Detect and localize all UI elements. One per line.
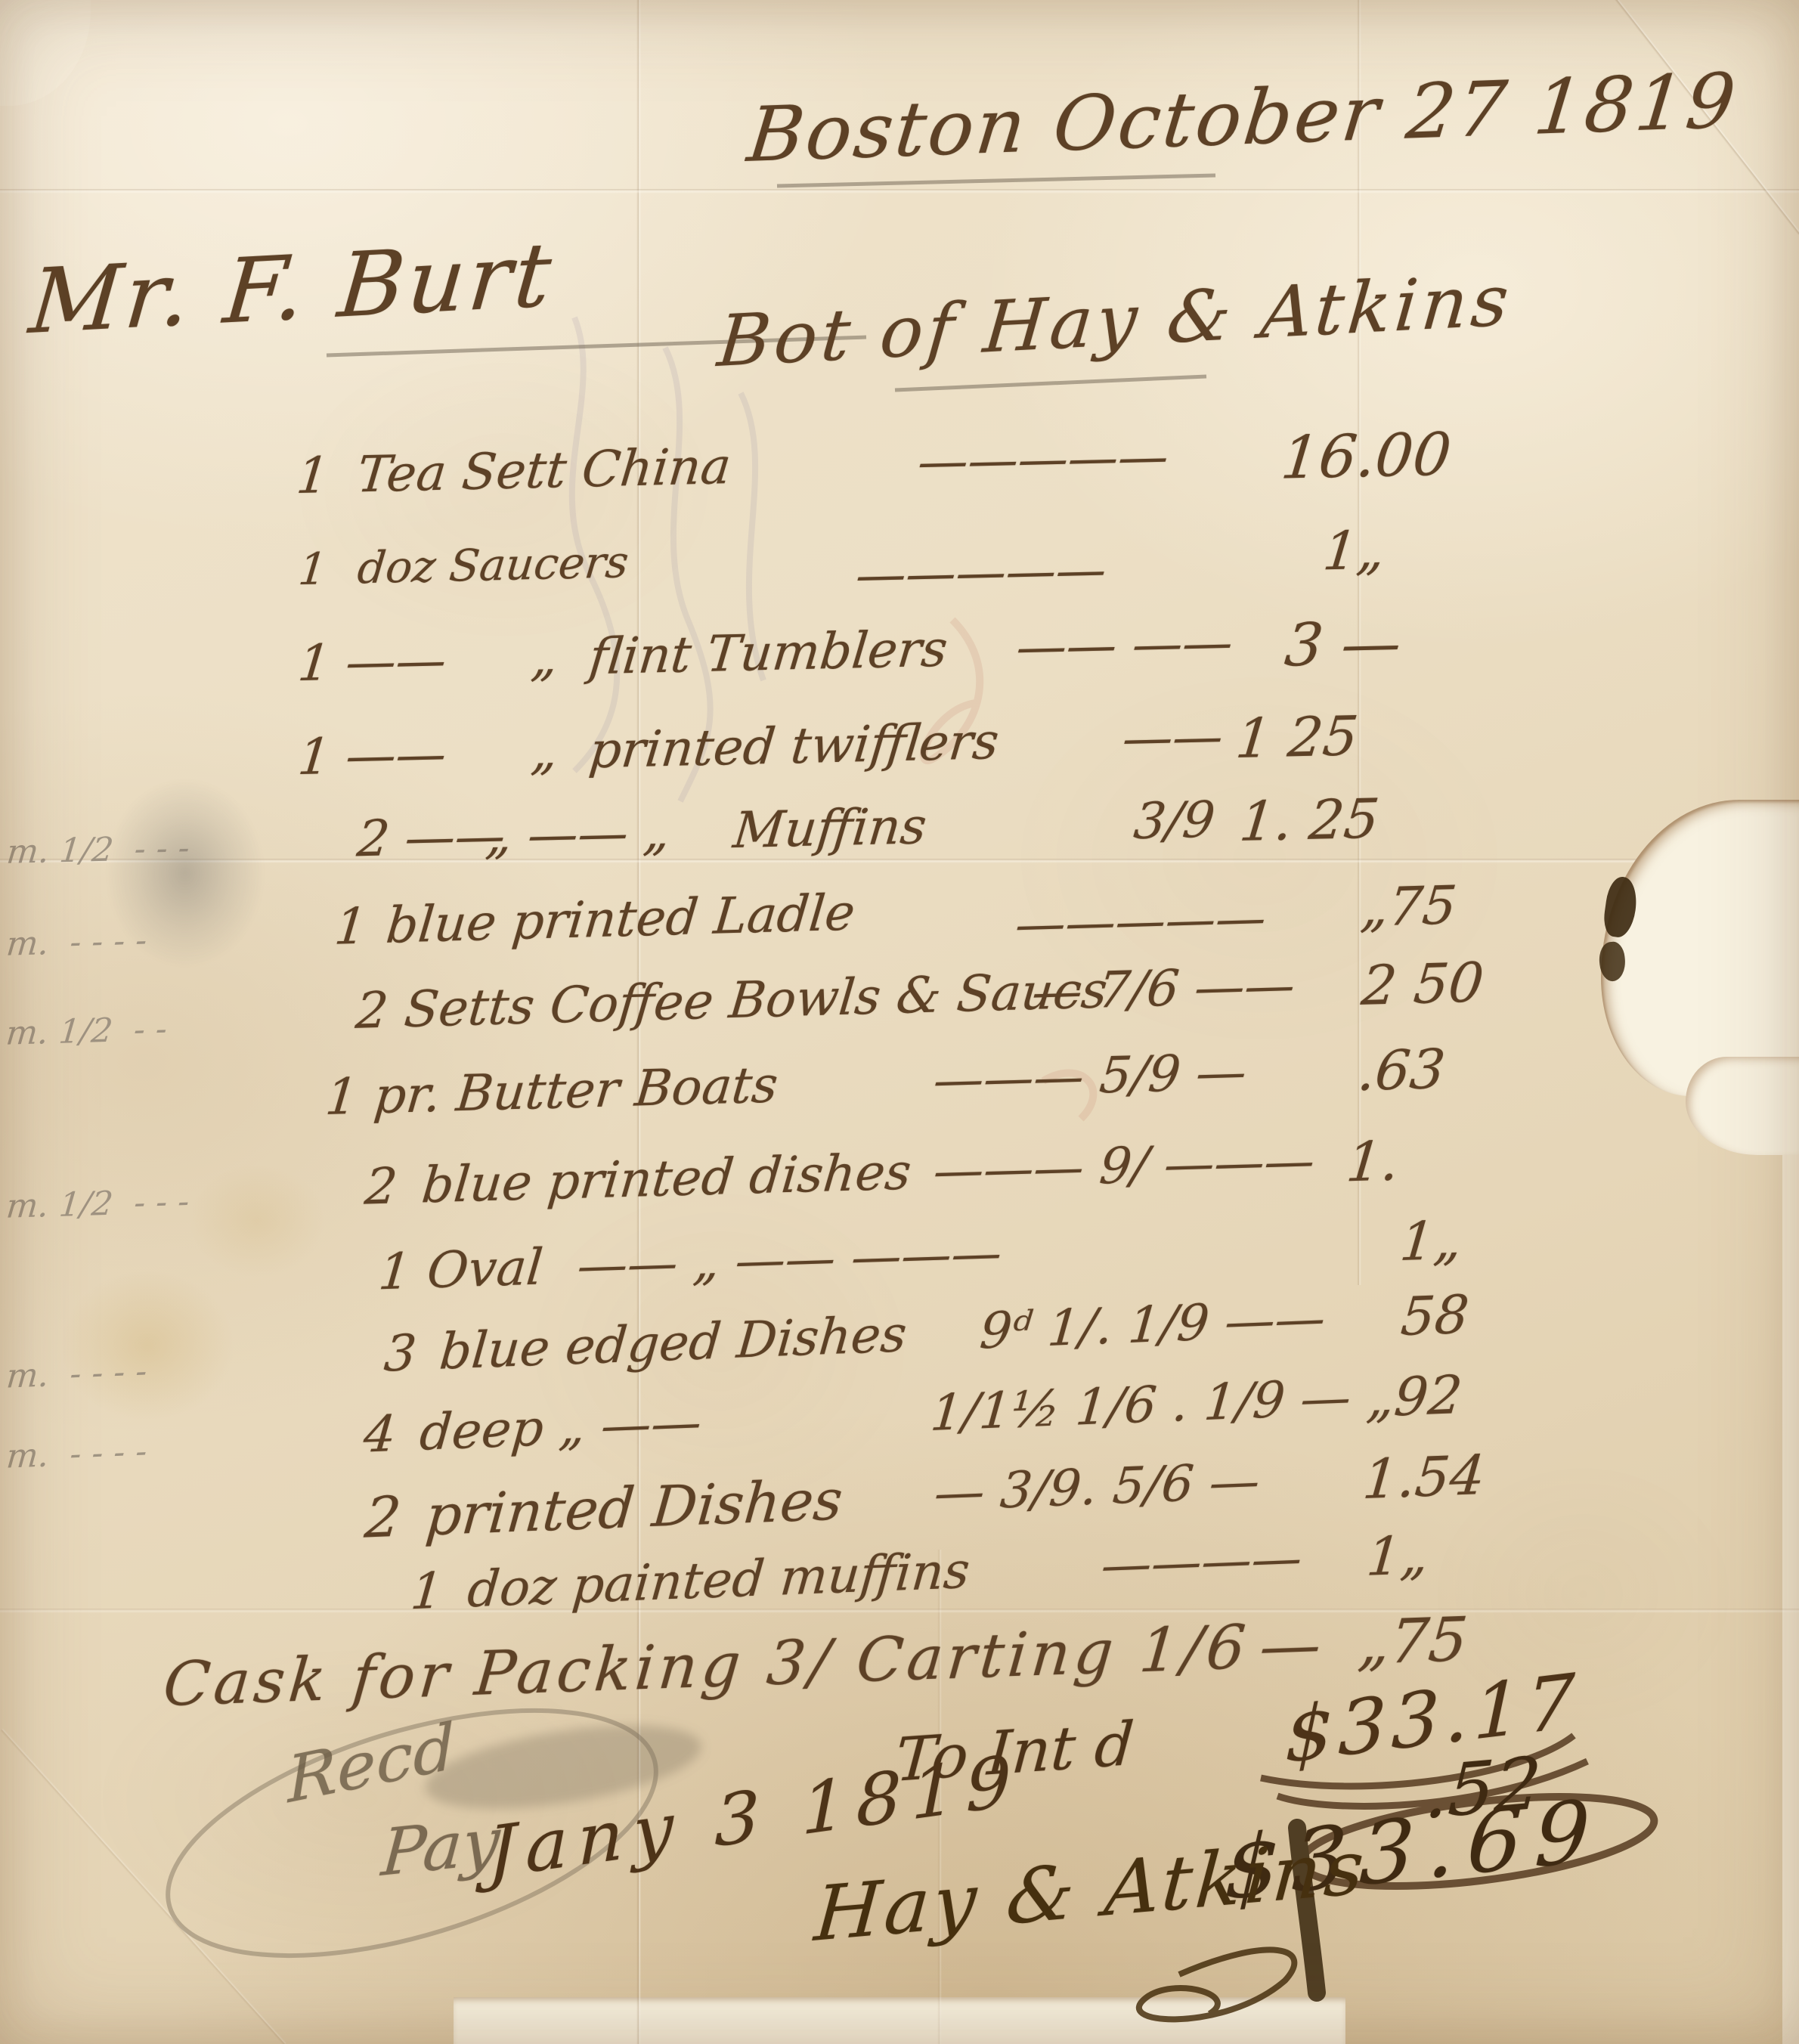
- item-dash-leader: ————: [1099, 1528, 1305, 1594]
- item-desc: „ printed twifflers: [529, 712, 1002, 781]
- item-qty: 1: [296, 543, 330, 595]
- payment-word: Pay: [379, 1804, 502, 1891]
- item-amount: 1„: [1321, 519, 1388, 583]
- item-amount: „75: [1358, 874, 1459, 938]
- item-qty: 1 ——: [296, 631, 449, 692]
- item-amount: 58: [1398, 1284, 1471, 1348]
- item-desc: „ —— „ Muffins: [484, 797, 930, 865]
- item-rate: 3/9: [1132, 791, 1218, 850]
- item-amount: 1„: [1364, 1524, 1431, 1588]
- cask-dash: —: [1257, 1609, 1324, 1682]
- item-rate: ——— 5/9 —: [931, 1042, 1249, 1109]
- item-qty: 4: [361, 1404, 398, 1464]
- item-rate: 9ᵈ 1/. 1/9 ——: [977, 1289, 1327, 1360]
- item-rate: — 3/9. 5/6 —: [932, 1451, 1262, 1522]
- margin-note: m. - - - -: [5, 1352, 148, 1396]
- item-qty: 1: [332, 897, 369, 956]
- item-desc: „ flint Tumblers: [529, 620, 950, 687]
- item-qty: 2: [353, 981, 390, 1040]
- item-qty: 1: [323, 1067, 360, 1126]
- item-dash-leader: —— „ —— ———: [575, 1224, 1005, 1296]
- background-below-paper: [454, 1997, 1345, 2044]
- item-qty: 2: [362, 1157, 399, 1216]
- item-amount: 1 25: [1233, 704, 1361, 770]
- item-amount: 1. 25: [1237, 787, 1382, 853]
- item-qty: 1: [376, 1242, 413, 1301]
- cask-amount: „75: [1355, 1605, 1470, 1679]
- item-dash-leader: —— ——: [1014, 613, 1235, 676]
- margin-note: m. 1/2 - -: [5, 1010, 169, 1053]
- item-amount: 16.00: [1278, 421, 1454, 493]
- item-desc: deep „ ——: [417, 1393, 704, 1462]
- margin-note: m. 1/2 - - -: [5, 828, 192, 871]
- photo-of-receipt: Boston October 27 1819 Mr. F. Burt Bot o…: [0, 0, 1799, 2044]
- item-amount: 1„: [1398, 1209, 1465, 1273]
- margin-note: m. - - - -: [5, 921, 149, 964]
- margin-note: m. 1/2 - - -: [5, 1182, 191, 1226]
- item-amount: 3 —: [1282, 609, 1404, 680]
- item-desc: blue printed Ladle: [384, 884, 858, 955]
- item-rate: — 7/6 ——: [1030, 955, 1298, 1021]
- item-dash-leader: ——: [1120, 707, 1226, 767]
- item-qty: 3: [382, 1324, 419, 1383]
- item-rate: ——— 9/ ———: [931, 1132, 1318, 1200]
- item-desc: Tea Sett China: [355, 437, 734, 503]
- item-qty: 2: [362, 1485, 404, 1551]
- item-desc: doz Saucers: [355, 536, 631, 593]
- item-qty: 1: [294, 446, 332, 505]
- item-qty: 1 ——: [296, 725, 449, 786]
- item-desc: pr. Butter Boats: [372, 1055, 781, 1125]
- item-amount: „92: [1364, 1364, 1465, 1429]
- item-amount: 1.54: [1361, 1443, 1488, 1511]
- item-amount: .63: [1355, 1037, 1448, 1103]
- item-dash-leader: —————: [1013, 888, 1268, 953]
- item-dash-leader: —————: [853, 540, 1110, 604]
- item-qty: 1: [408, 1562, 445, 1621]
- margin-note: m. - - - -: [5, 1432, 148, 1476]
- item-dash-leader: —————: [915, 427, 1172, 491]
- item-desc: Oval: [425, 1238, 545, 1300]
- item-amount: 1.: [1344, 1129, 1402, 1194]
- item-amount: 2 50: [1359, 950, 1487, 1017]
